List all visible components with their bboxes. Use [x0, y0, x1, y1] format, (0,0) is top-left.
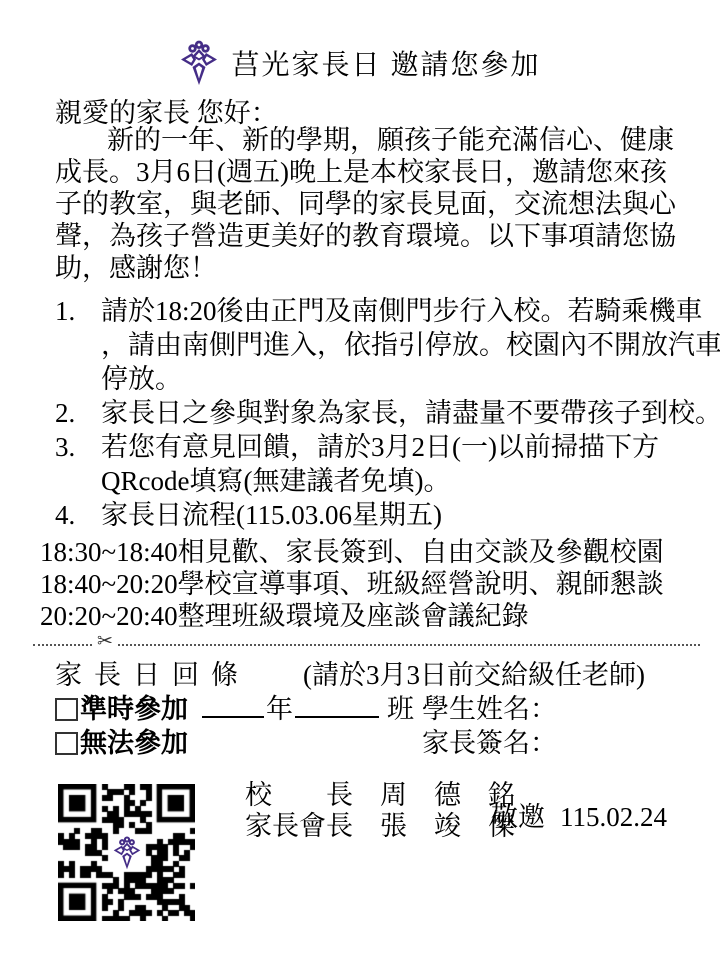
attend-label: 準時參加: [80, 694, 188, 724]
schedule-line: 18:40~20:20學校宣導事項、班級經營說明、親師懇談: [40, 568, 664, 600]
list-item-body: 家長日之參與對象為家長，請盡量不要帶孩子到校。: [101, 396, 720, 430]
attend-checkbox[interactable]: [55, 698, 78, 721]
schedule-line: 20:20~20:40整理班級環境及座談會議紀錄: [40, 600, 664, 632]
list-item-number: 1.: [55, 294, 101, 396]
list-item-number: 2.: [55, 396, 101, 430]
list-item-line: 若您有意見回饋，請於3月2日(一)以前掃描下方: [101, 430, 659, 464]
chair-line: 家長會長 張 竣 傑: [245, 811, 515, 842]
document-header: 莒光家長日 邀請您參加: [0, 40, 720, 86]
year-blank-field[interactable]: [202, 689, 264, 718]
list-item-body: 家長日流程(115.03.06星期五): [101, 498, 442, 532]
cut-line: ✂: [33, 644, 700, 646]
intro-line: 助，感謝您！: [55, 252, 676, 284]
scissors-icon: ✂: [93, 632, 117, 651]
parent-sign-label: 家長簽名：: [422, 721, 557, 760]
schedule-line: 18:30~18:40相見歡、家長簽到、自由交談及參觀校園: [40, 536, 664, 568]
intro-line: 聲，為孩子營造更美好的教育環境。以下事項請您協: [55, 220, 676, 252]
list-item: 2. 家長日之參與對象為家長，請盡量不要帶孩子到校。: [55, 396, 720, 430]
intro-paragraph: 新的一年、新的學期，願孩子能充滿信心、健康 成長。3月6日(週五)晚上是本校家長…: [55, 124, 676, 284]
qr-center-logo-icon: [111, 835, 143, 871]
numbered-list: 1. 請於18:20後由正門及南側門步行入校。若騎乘機車 ，請由南側門進入，依指…: [55, 294, 720, 532]
list-item-number: 3.: [55, 430, 101, 498]
intro-line: 成長。3月6日(週五)晚上是本校家長日，邀請您來孩: [55, 156, 676, 188]
page-title: 莒光家長日 邀請您參加: [231, 43, 540, 83]
list-item-body: 請於18:20後由正門及南側門步行入校。若騎乘機車 ，請由南側門進入，依指引停放…: [101, 294, 720, 396]
list-item-line: 請於18:20後由正門及南側門步行入校。若騎乘機車: [101, 294, 720, 328]
list-item-line: 家長日之參與對象為家長，請盡量不要帶孩子到校。: [101, 396, 720, 430]
list-item: 1. 請於18:20後由正門及南側門步行入校。若騎乘機車 ，請由南側門進入，依指…: [55, 294, 720, 396]
absent-label: 無法參加: [80, 728, 188, 758]
invite-block: 敬邀115.02.24: [491, 795, 667, 834]
list-item-line: 停放。: [101, 362, 720, 396]
list-item: 4. 家長日流程(115.03.06星期五): [55, 498, 720, 532]
invite-date: 115.02.24: [560, 802, 667, 832]
list-item-line: QRcode填寫(無建議者免填)。: [101, 464, 659, 498]
list-item-body: 若您有意見回饋，請於3月2日(一)以前掃描下方 QRcode填寫(無建議者免填)…: [101, 430, 659, 498]
invite-text: 敬邀: [491, 802, 545, 832]
schedule-block: 18:30~18:40相見歡、家長簽到、自由交談及參觀校園 18:40~20:2…: [40, 536, 664, 632]
year-suffix-label: 年: [266, 694, 293, 724]
list-item-line: 家長日流程(115.03.06星期五): [101, 498, 442, 532]
qr-code: [58, 784, 195, 921]
absent-row: 無法參加: [55, 721, 188, 760]
intro-line: 子的教室，與老師、同學的家長見面，交流想法與心: [55, 188, 676, 220]
list-item: 3. 若您有意見回饋，請於3月2日(一)以前掃描下方 QRcode填寫(無建議者…: [55, 430, 720, 498]
signature-block: 校 長 周 德 銘 家長會長 張 竣 傑: [245, 780, 515, 842]
class-blank-field[interactable]: [295, 689, 379, 718]
class-suffix-label: 班: [387, 694, 414, 724]
invitation-document: 莒光家長日 邀請您參加 親愛的家長 您好： 新的一年、新的學期，願孩子能充滿信心…: [0, 0, 720, 960]
principal-line: 校 長 周 德 銘: [245, 780, 515, 811]
list-item-number: 4.: [55, 498, 101, 532]
school-logo-icon: [179, 40, 219, 86]
absent-checkbox[interactable]: [55, 732, 78, 755]
list-item-line: ，請由南側門進入，依指引停放。校園內不開放汽車: [101, 328, 720, 362]
intro-line: 新的一年、新的學期，願孩子能充滿信心、健康: [55, 124, 676, 156]
